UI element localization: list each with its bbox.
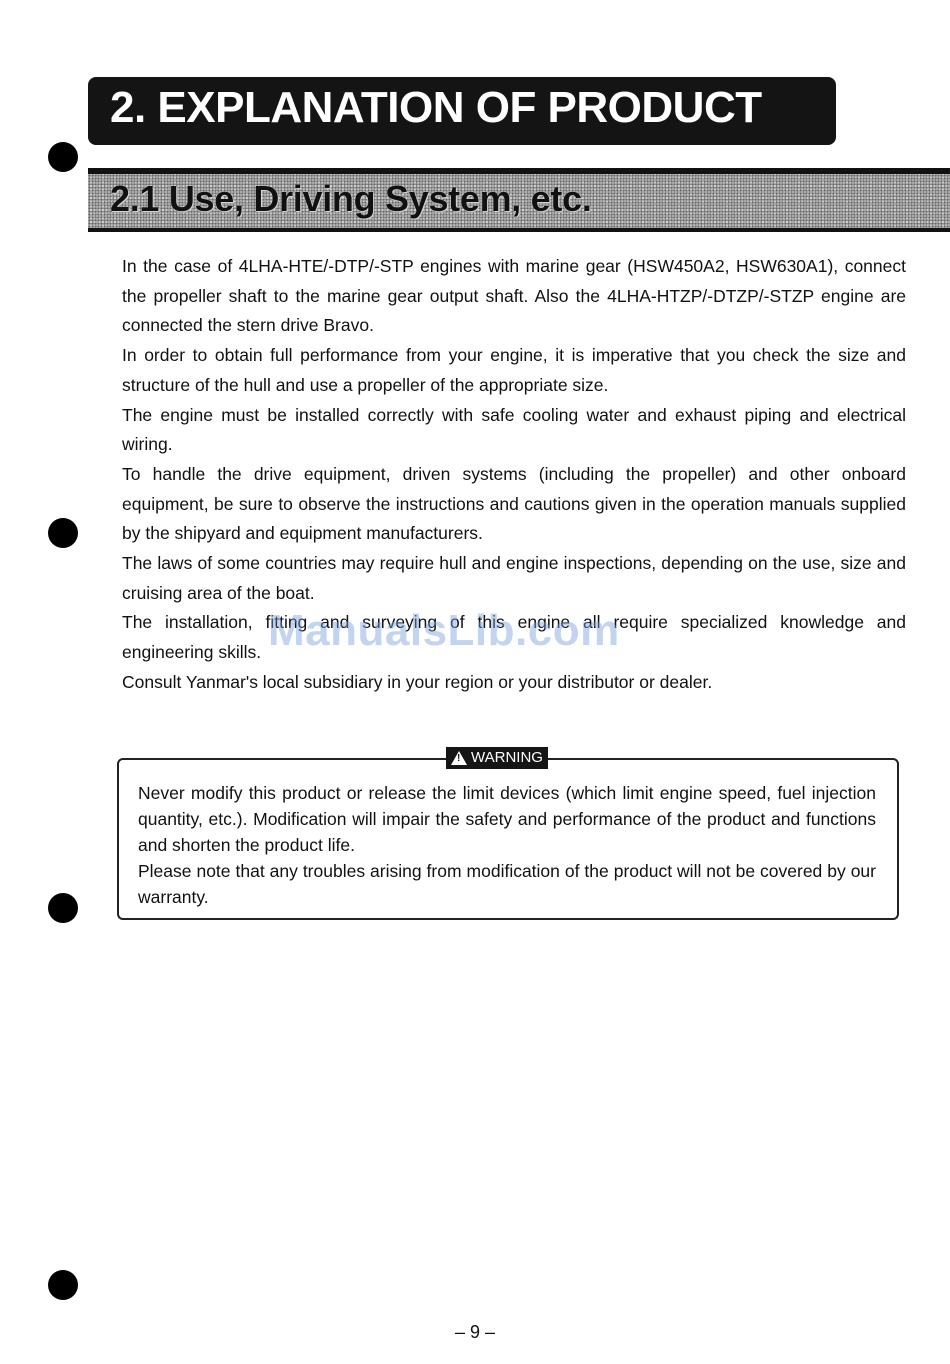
watermark: ManualsLib.com — [268, 606, 620, 656]
paragraph: Consult Yanmar's local subsidiary in you… — [122, 668, 906, 698]
section-rule-bottom — [88, 228, 950, 232]
chapter-header: 2. EXPLANATION OF PRODUCT — [88, 77, 836, 145]
warning-paragraph: Please note that any troubles arising fr… — [138, 858, 876, 910]
paragraph: In order to obtain full performance from… — [122, 341, 906, 400]
warning-label-text: WARNING — [471, 747, 543, 769]
binder-hole — [48, 1270, 78, 1300]
warning-paragraph: Never modify this product or release the… — [138, 780, 876, 858]
warning-text: Never modify this product or release the… — [138, 780, 876, 910]
chapter-title: 2. EXPLANATION OF PRODUCT — [110, 83, 762, 133]
paragraph: In the case of 4LHA-HTE/-DTP/-STP engine… — [122, 252, 906, 341]
warning-label: ! WARNING — [446, 747, 548, 769]
warning-triangle-icon: ! — [451, 751, 467, 765]
binder-hole — [48, 518, 78, 548]
section-header: 2.1 Use, Driving System, etc. — [88, 168, 950, 232]
page-number: – 9 – — [0, 1322, 950, 1343]
paragraph: The laws of some countries may require h… — [122, 549, 906, 608]
paragraph: The engine must be installed correctly w… — [122, 401, 906, 460]
section-title: 2.1 Use, Driving System, etc. — [110, 178, 592, 220]
binder-hole — [48, 142, 78, 172]
paragraph: To handle the drive equipment, driven sy… — [122, 460, 906, 549]
binder-hole — [48, 893, 78, 923]
